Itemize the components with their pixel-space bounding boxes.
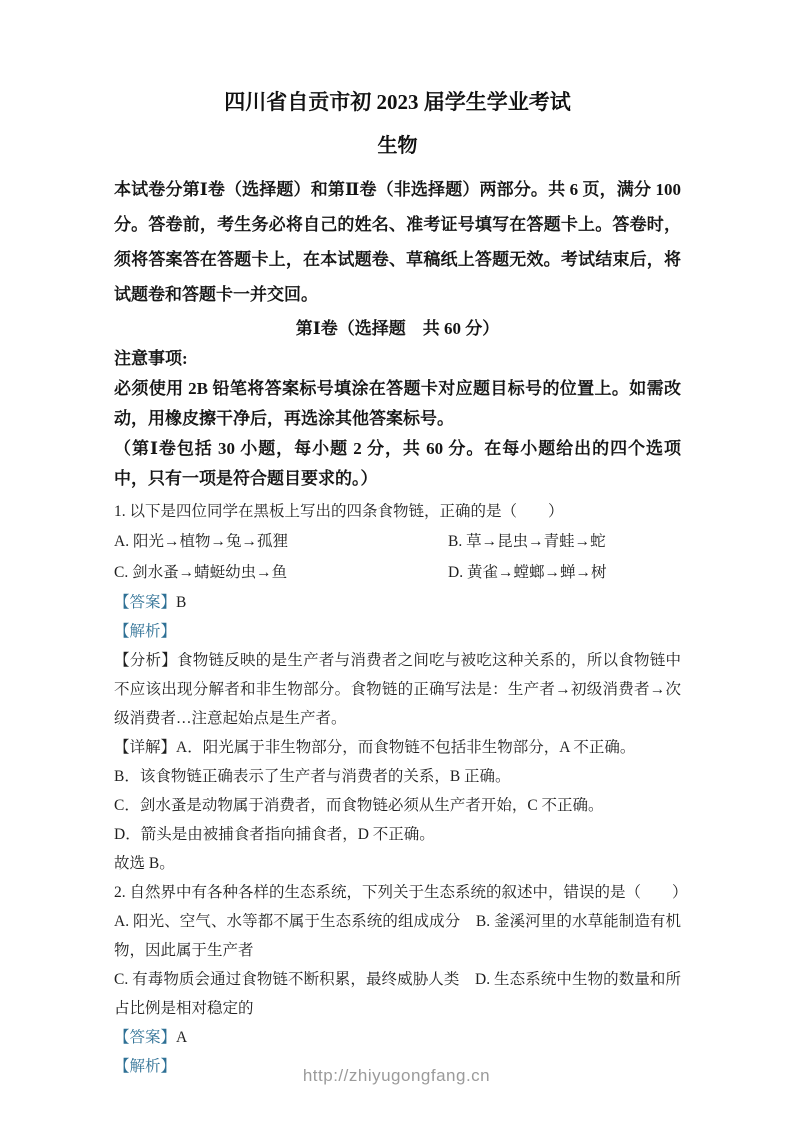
question-2-answer-row: 【答案】A [114, 1023, 681, 1052]
answer-label: 【答案】 [114, 594, 176, 611]
section-note: （第Ⅰ卷包括 30 小题，每小题 2 分，共 60 分。在每小题给出的四个选项中… [114, 434, 681, 494]
question-1-option-b: B. 草→昆虫→青蛙→蛇 [448, 526, 681, 557]
footer-url: http://zhiyugongfang.cn [0, 1066, 793, 1086]
question-1-option-d: D. 黄雀→螳螂→蝉→树 [448, 557, 681, 588]
exam-title: 四川省自贡市初 2023 届学生学业考试 [114, 86, 681, 118]
question-1-analysis-text: 【分析】食物链反映的是生产者与消费者之间吃与被吃这种关系的，所以食物链中不应该出… [114, 646, 681, 733]
question-1-analysis-row: 【解析】 [114, 617, 681, 646]
question-2-stem: 2. 自然界中有各种各样的生态系统，下列关于生态系统的叙述中，错误的是（ ） [114, 878, 681, 907]
question-1-conclusion: 故选 B。 [114, 849, 681, 878]
question-1-detail-line-1: 【详解】A．阳光属于非生物部分，而食物链不包括非生物部分，A 不正确。 [114, 733, 681, 762]
question-1-detail-line-3: C．剑水蚤是动物属于消费者，而食物链必须从生产者开始，C 不正确。 [114, 791, 681, 820]
answer-value: B [176, 594, 186, 611]
answer-value: A [176, 1029, 187, 1046]
notice-label: 注意事项: [114, 344, 681, 374]
question-1-detail-line-4: D．箭头是由被捕食者指向捕食者，D 不正确。 [114, 820, 681, 849]
question-2-options-line-2: C. 有毒物质会通过食物链不断积累，最终威胁人类 D. 生态系统中生物的数量和所… [114, 965, 681, 1023]
section-1-heading: 第Ⅰ卷（选择题 共 60 分） [114, 314, 681, 344]
exam-intro-paragraph: 本试卷分第Ⅰ卷（选择题）和第Ⅱ卷（非选择题）两部分。共 6 页，满分 100 分… [114, 172, 681, 312]
exam-document-page: 四川省自贡市初 2023 届学生学业考试 生物 本试卷分第Ⅰ卷（选择题）和第Ⅱ卷… [0, 0, 793, 1081]
question-1-stem: 1. 以下是四位同学在黑板上写出的四条食物链，正确的是（ ） [114, 497, 681, 526]
question-2-options-line-1: A. 阳光、空气、水等都不属于生态系统的组成成分 B. 釜溪河里的水草能制造有机… [114, 907, 681, 965]
question-1-answer-row: 【答案】B [114, 588, 681, 617]
answer-label: 【答案】 [114, 1029, 176, 1046]
analysis-label: 【解析】 [114, 623, 176, 640]
question-1-detail-line-2: B．该食物链正确表示了生产者与消费者的关系，B 正确。 [114, 762, 681, 791]
question-1-options: A. 阳光→植物→兔→孤狸 B. 草→昆虫→青蛙→蛇 C. 剑水蚤→蜻蜓幼虫→鱼… [114, 526, 681, 588]
exam-subject: 生物 [114, 130, 681, 162]
notice-body: 必须使用 2B 铅笔将答案标号填涂在答题卡对应题目标号的位置上。如需改动，用橡皮… [114, 374, 681, 434]
question-1-option-a: A. 阳光→植物→兔→孤狸 [114, 526, 448, 557]
question-1-option-c: C. 剑水蚤→蜻蜓幼虫→鱼 [114, 557, 448, 588]
